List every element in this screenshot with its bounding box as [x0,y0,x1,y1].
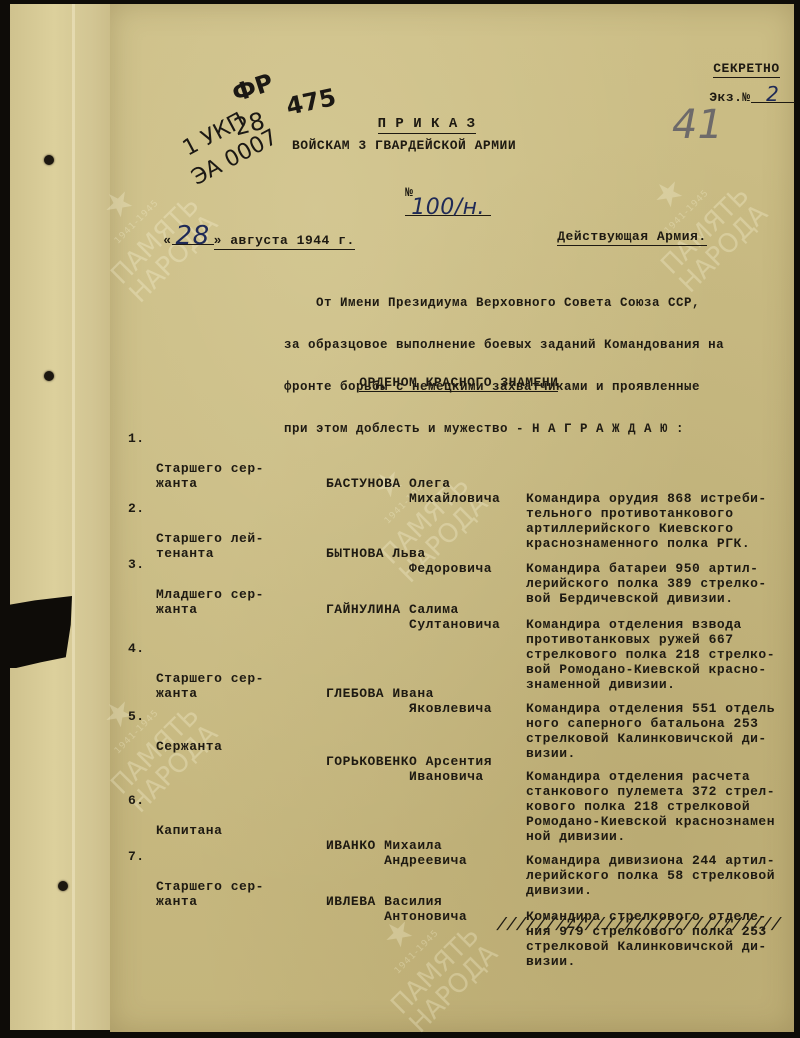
binding-strip [10,4,120,1030]
document-sheet: ★ 1941-1945 ПАМЯТЬ НАРОДА ★ 1941-1945 ПА… [110,4,794,1032]
award-heading: ОРДЕНОМ КРАСНОГО ЗНАМЕНИ [326,360,558,405]
awardee-rank: Младшего сер-жанта [156,587,264,617]
awardee-row: 7. Старшего сер-жанта ИВЛЕВА Василия Ант… [110,834,794,924]
torn-edge [10,596,72,668]
stamp-fr: ФР [229,68,277,107]
awardee-name: ИВЛЕВА Василия Антоновича [326,894,467,924]
punch-hole [58,881,68,891]
place: Действующая Армия. [524,214,707,259]
strip-fold [72,4,75,1030]
punch-hole [44,155,54,165]
stamp-number: 475 [284,83,339,121]
punch-hole [44,371,54,381]
pencil-mark: 41 [672,102,723,148]
awardee-rank: Старшего сер-жанта [156,879,264,909]
document-subtitle: ВОЙСКАМ 3 ГВАРДЕЙСКОЙ АРМИИ [292,138,516,153]
awardee-rank: Сержанта [156,739,222,754]
order-date: «28» августа 1944 г. [130,214,355,263]
awardee-row: 5. Сержанта ГОРЬКОВЕНКО Арсентия Иванови… [110,694,794,784]
end-of-list-marks: ///////////////////////////// [494,916,782,936]
order-number: № 100/н. [372,170,491,233]
awardee-row: 3. Младшего сер-жанта ГАЙНУЛИНА Салима С… [110,542,794,632]
